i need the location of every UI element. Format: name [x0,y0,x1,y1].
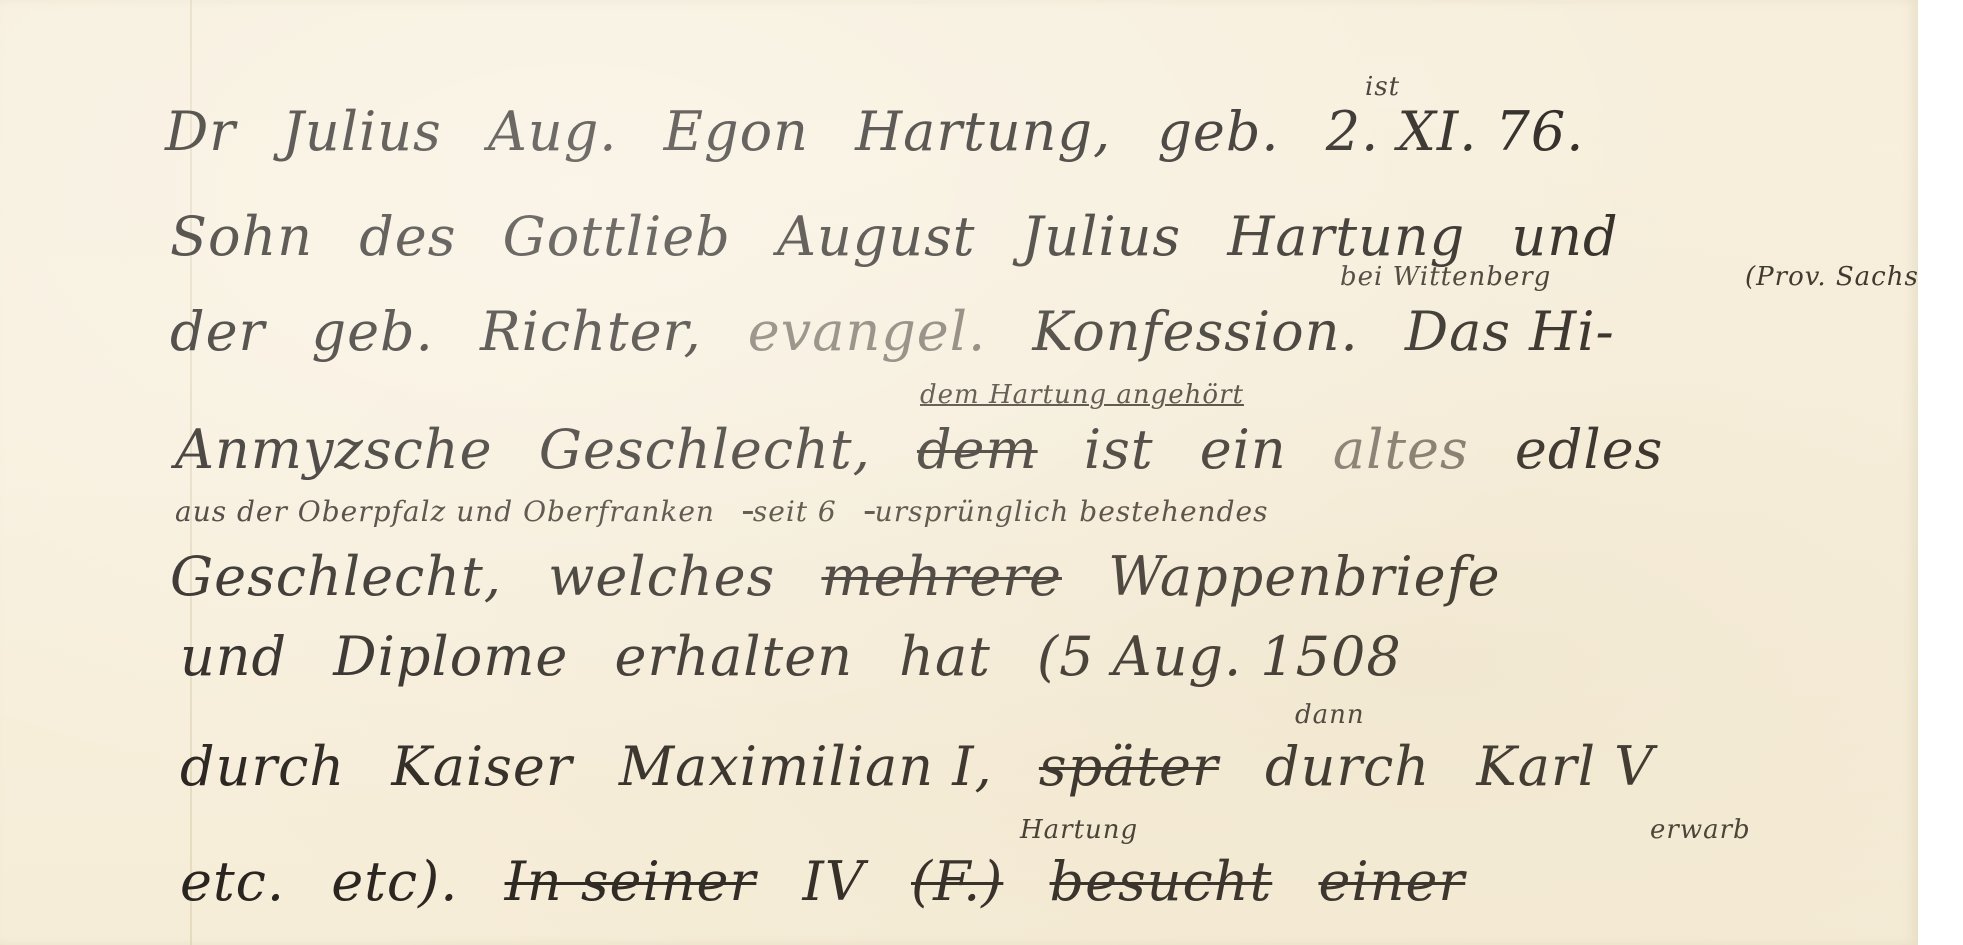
insertion-dem-hartung-angehoert: dem Hartung angehört [920,380,1244,410]
word: erhalten [615,625,853,688]
manuscript-line-6: Geschlecht, welches mehrere Wappenbriefe [170,545,1529,608]
word: durch [180,735,345,798]
word: durch [1265,735,1430,798]
word: welches [548,545,775,608]
date-reference: (5 Aug. 1508 [1037,625,1402,688]
struck-word: dem [917,418,1038,481]
word: Hartung, [855,100,1111,163]
word: Julius [1022,205,1181,268]
insertion-ist: ist [1365,72,1400,102]
manuscript-page: ist Dr Julius Aug. Egon Hartung, geb. 2.… [0,0,1918,945]
word: geb. [1157,100,1279,163]
word: edles [1515,418,1663,481]
word: Kaiser [391,735,572,798]
word: IV [803,850,865,913]
word: Maximilian I, [619,735,993,798]
date: 2. XI. 76. [1326,100,1585,163]
manuscript-line-9: etc. etc). In seiner IV (F.) besucht ein… [180,850,1493,913]
word: ursprünglich bestehendes [875,495,1269,528]
manuscript-line-2: Sohn des Gottlieb August Julius Hartung … [170,205,1647,268]
word: des [359,205,456,268]
word: Dr [165,100,236,163]
word: Gottlieb [503,205,731,268]
struck-word: einer [1318,850,1465,913]
manuscript-line-1: Dr Julius Aug. Egon Hartung, geb. 2. XI.… [165,100,1612,163]
word: aus der Oberpfalz und Oberfranken [175,495,715,528]
word: Hartung [1227,205,1465,268]
word: Diplome [333,625,568,688]
word: Konfession. [1032,300,1358,363]
word: Aug. [488,100,618,163]
insertion-hartung: Hartung [1020,815,1138,845]
word: geb. [312,300,434,363]
word: ist [1084,418,1154,481]
word: ein [1200,418,1287,481]
scan-white-margin [1918,0,1963,945]
manuscript-line-7: und Diplome erhalten hat (5 Aug. 1508 [180,625,1430,688]
word: der [170,300,265,363]
word: und [180,625,287,688]
insertion-erwarb: erwarb [1650,815,1751,845]
word: Das Hi- [1405,300,1615,363]
word: hat [899,625,991,688]
manuscript-line-3: der geb. Richter, evangel. Konfession. D… [170,300,1643,363]
word: Geschlecht, [170,545,502,608]
insertion-dann: dann [1295,700,1365,730]
word: und [1511,205,1618,268]
word: Geschlecht, [539,418,871,481]
manuscript-line-5-insertion: aus der Oberpfalz und Oberfranken seit 6… [175,495,1296,528]
word: seit 6 [753,495,837,528]
struck-word: In seiner [505,850,757,913]
word: Julius [282,100,441,163]
word: altes [1333,418,1469,481]
word: Richter, [480,300,702,363]
word: etc. [180,850,285,913]
word: etc). [331,850,458,913]
word: Wappenbriefe [1108,545,1500,608]
word: evangel. [748,300,986,363]
struck-word: mehrere [821,545,1061,608]
struck-word: besucht [1050,850,1273,913]
word: August [777,205,976,268]
word: Anmyzsche [175,418,493,481]
word: Egon [664,100,809,163]
struck-word: (F.) [911,850,1003,913]
word: Sohn [170,205,313,268]
manuscript-line-8: durch Kaiser Maximilian I, später durch … [180,735,1682,798]
struck-word: später [1039,735,1219,798]
word: Karl V [1476,735,1654,798]
insertion-bei-wittenberg: bei Wittenberg [1340,262,1551,292]
manuscript-line-4: Anmyzsche Geschlecht, dem ist ein altes … [175,418,1691,481]
